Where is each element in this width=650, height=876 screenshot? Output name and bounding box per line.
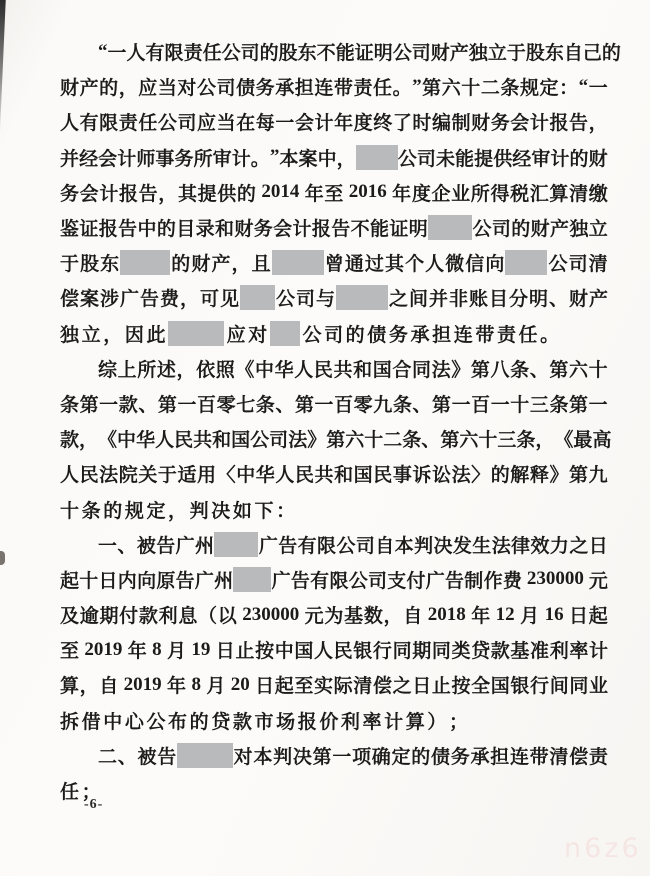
redaction-box [240,285,275,310]
watermark-text: n6z6 [564,833,642,864]
redaction-box [428,215,472,240]
redaction-box [120,250,170,275]
text-line-21: 二、被告对本判决第一项确定的债务承担连带清偿责 [60,738,608,773]
text-line-2: 财产的，应当对公司债务承担连带责任。”第六十二条规定：“一 [60,69,608,104]
redaction-box [336,285,388,310]
scanned-judgment-page: “一人有限责任公司的股东不能证明公司财产独立于股东自己的财产的，应当对公司债务承… [0,0,650,876]
page-number: -6- [84,797,103,813]
redaction-box [177,743,233,768]
text-line-17: 及逾期付款利息（以 230000 元为基数，自 2018 年 12 月 16 日… [60,597,608,632]
text-line-15: 一、被告广州广告有限公司自本判决发生法律效力之日 [60,527,608,562]
text-line-4: 并经会计师事务所审计。”本案中，公司未能提供经审计的财 [60,140,608,175]
text-line-5: 务会计报告，其提供的 2014 年至 2016 年度企业所得税汇算清缴 [60,175,608,210]
text-line-11: 条第一款、第一百零七条、第一百零九条、第一百一十三条第一 [60,386,608,421]
text-line-10: 综上所述，依照《中华人民共和国合同法》第八条、第六十 [60,351,608,386]
text-line-16: 起十日内向原告广州广告有限公司支付广告制作费 230000 元 [60,562,608,597]
redaction-box [233,567,271,592]
text-line-14: 十条的规定，判决如下： [60,491,608,526]
text-line-19: 算，自 2019 年 8 月 20 日起至实际清偿之日止按全国银行间同业 [60,667,608,702]
redaction-box [214,532,258,557]
redaction-box [505,250,547,275]
scan-edge-shadow [0,0,6,139]
redaction-box [272,250,324,275]
text-line-13: 人民法院关于适用〈中华人民共和国民事诉讼法〉的解释》第九 [60,456,608,491]
text-line-8: 偿案涉广告费，可见公司与之间并非账目分明、财产 [60,280,608,315]
text-line-18: 至 2019 年 8 月 19 日止按中国人民银行同期同类贷款基准利率计 [60,632,608,667]
redaction-box [356,145,398,170]
scan-edge-mark [0,551,5,565]
redaction-box [168,321,224,346]
text-line-1: “一人有限责任公司的股东不能证明公司财产独立于股东自己的 [60,34,608,69]
judgment-text-block: “一人有限责任公司的股东不能证明公司财产独立于股东自己的财产的，应当对公司债务承… [60,34,608,808]
text-line-6: 鉴证报告中的目录和财务会计报告不能证明公司的财产独立 [60,210,608,245]
text-line-12: 款，《中华人民共和国公司法》第六十二条、第六十三条，《最高 [60,421,608,456]
text-line-22: 任； [60,773,608,808]
redaction-box [270,321,300,346]
text-line-3: 人有限责任公司应当在每一会计年度终了时编制财务会计报告， [60,104,608,139]
text-line-9: 独立，因此应对公司的债务承担连带责任。 [60,316,608,351]
text-line-20: 拆借中心公布的贷款市场报价利率计算）； [60,703,608,738]
text-line-7: 于股东的财产，且曾通过其个人微信向公司清 [60,245,608,280]
